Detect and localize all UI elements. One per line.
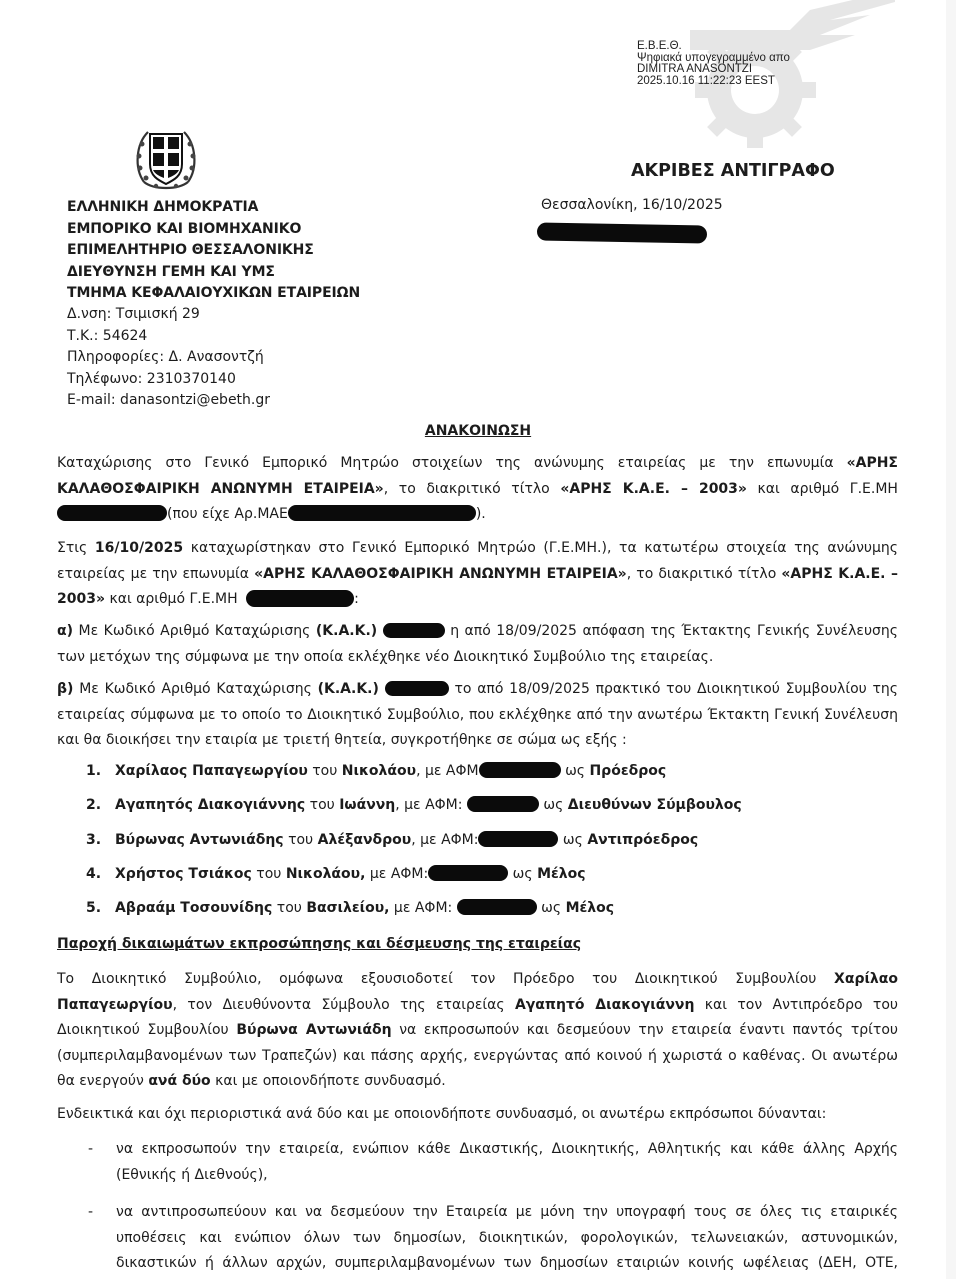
signature-signer: DIMITRA ANASONTZI <box>637 64 790 76</box>
contact-address: Δ.νση: Τσιμισκή 29 <box>67 304 270 326</box>
text: Διοικητικού Συμβουλίου <box>57 1022 229 1038</box>
afm-label: με ΑΦΜ: <box>389 900 452 916</box>
item-b-paragraph: β) Με Κωδικό Αριθμό Καταχώρισης (Κ.Α.Κ.)… <box>57 677 898 754</box>
issuer-line: ΔΙΕΥΘΥΝΣΗ ΓΕΜΗ ΚΑΙ ΥΜΣ <box>67 262 360 284</box>
redaction-mark <box>479 762 561 778</box>
certified-copy-title: ΑΚΡΙΒΕΣ ΑΝΤΙΓΡΑΦΟ <box>631 161 835 181</box>
person-name-bold: Βύρωνα Αντωνιάδη <box>236 1022 391 1038</box>
text: και αριθμό Γ.Ε.ΜΗ <box>758 481 898 497</box>
digital-signature-block: Ε.Β.Ε.Θ. Ψηφιακά υπογεγραμμένο απο DIMIT… <box>637 41 790 87</box>
item-label: α) <box>57 623 73 639</box>
text: να εκπροσωπούν και δεσμεύουν την εταιρεί… <box>399 1022 898 1038</box>
list-number: 3. <box>86 832 115 848</box>
contact-info: Δ.νση: Τσιμισκή 29 Τ.Κ.: 54624 Πληροφορί… <box>67 304 270 412</box>
text: (που είχε Αρ.ΜΑΕ <box>167 506 288 522</box>
emphasis-bold: ανά δύο <box>148 1073 210 1089</box>
member-role: Διευθύνων Σύμβουλος <box>568 797 742 813</box>
issuer-line: ΕΠΙΜΕΛΗΤΗΡΙΟ ΘΕΣΣΑΛΟΝΙΚΗΣ <box>67 240 360 262</box>
representation-paragraph: Το Διοικητικό Συμβούλιο, ομόφωνα εξουσιο… <box>57 967 898 1095</box>
greek-coat-of-arms-icon <box>134 124 198 194</box>
redaction-mark <box>246 590 354 607</box>
member-name: Βύρωνας Αντωνιάδης <box>115 832 284 848</box>
afm-label: με ΑΦΜ: <box>365 866 428 882</box>
member-role: Μέλος <box>537 866 586 882</box>
item-a-paragraph: α) Με Κωδικό Αριθμό Καταχώρισης (Κ.Α.Κ.)… <box>57 619 898 670</box>
member-name: Χαρίλαος Παπαγεωργίου <box>115 763 308 779</box>
distinctive-title-bold: «ΑΡΗΣ Κ.Α.Ε. – <box>781 566 898 582</box>
redaction-mark <box>288 505 476 521</box>
member-father: Βασιλείου, <box>306 900 389 916</box>
distinctive-title-bold: 2003» <box>57 591 105 607</box>
registration-paragraph: Στις 16/10/2025 καταχωρίστηκαν στο Γενικ… <box>57 536 898 613</box>
text: θα ενεργούν <box>57 1073 144 1089</box>
issuer-header: ΕΛΛΗΝΙΚΗ ΔΗΜΟΚΡΑΤΙΑ ΕΜΠΟΡΙΚΟ ΚΑΙ ΒΙΟΜΗΧΑ… <box>67 197 360 305</box>
contact-postcode: Τ.Κ.: 54624 <box>67 326 270 348</box>
dash-bullet: - <box>88 1137 93 1163</box>
text: Με Κωδικό Αριθμό Καταχώρισης <box>79 623 311 639</box>
list-number: 5. <box>86 900 115 916</box>
list-item: 2.Αγαπητός Διακογιάννης του Ιωάννη, με Α… <box>86 796 742 830</box>
redaction-mark <box>537 223 707 244</box>
kak-label-bold: (Κ.Α.Κ.) <box>318 681 379 697</box>
member-role: Αντιπρόεδρος <box>587 832 698 848</box>
powers-list: - να εκπροσωπούν την εταιρεία, ενώπιον κ… <box>88 1137 898 1277</box>
redaction-mark <box>57 505 167 521</box>
distinctive-title-bold: «ΑΡΗΣ Κ.Α.Ε. – 2003» <box>560 481 747 497</box>
text: Με Κωδικό Αριθμό Καταχώρισης <box>79 681 312 697</box>
text: του <box>277 900 302 916</box>
text: εταιρείας με την επωνυμία <box>57 566 249 582</box>
text: η από 18/09/2025 απόφαση της Έκτακτης Γε… <box>450 623 898 639</box>
contact-person: Πληροφορίες: Δ. Ανασοντζή <box>67 347 270 369</box>
member-name: Χρήστος Τσιάκος <box>115 866 252 882</box>
intro-paragraph: Καταχώρισης στο Γενικό Εμπορικό Μητρώο σ… <box>57 451 898 528</box>
text: καταχωρίστηκαν στο Γενικό Εμπορικό Μητρώ… <box>191 540 898 556</box>
text: του <box>256 866 281 882</box>
issuer-line: ΕΜΠΟΡΙΚΟ ΚΑΙ ΒΙΟΜΗΧΑΝΙΚΟ <box>67 219 360 241</box>
list-item: - να εκπροσωπούν την εταιρεία, ενώπιον κ… <box>88 1137 898 1188</box>
text: να εκπροσωπούν την εταιρεία, ενώπιον κάθ… <box>116 1137 898 1163</box>
document-page: Ε.Β.Ε.Θ. Ψηφιακά υπογεγραμμένο απο DIMIT… <box>0 0 946 1279</box>
text: των μετόχων της σύμφωνα με την οποία εκλ… <box>57 645 898 671</box>
text: Το Διοικητικό Συμβούλιο, ομόφωνα εξουσιο… <box>57 971 816 987</box>
text: του <box>310 797 335 813</box>
contact-email: E-mail: danasontzi@ebeth.gr <box>67 390 270 412</box>
redaction-mark <box>385 681 449 696</box>
item-label: β) <box>57 681 73 697</box>
company-name-bold: «ΑΡΗΣ <box>847 455 898 471</box>
list-number: 2. <box>86 797 115 813</box>
member-role: Πρόεδρος <box>589 763 666 779</box>
text: ως <box>541 900 561 916</box>
representation-section-title: Παροχή δικαιωμάτων εκπροσώπησης και δέσμ… <box>57 936 581 952</box>
afm-label: , με ΑΦΜ <box>416 763 479 779</box>
list-item: 5.Αβραάμ Τοσουνίδης του Βασιλείου, με ΑΦ… <box>86 899 742 933</box>
text: υποθέσεις και ενώπιον όλων των δημοσίων,… <box>116 1226 898 1252</box>
text: ως <box>543 797 563 813</box>
issuer-line: ΕΛΛΗΝΙΚΗ ΔΗΜΟΚΡΑΤΙΑ <box>67 197 360 219</box>
place-date: Θεσσαλονίκη, 16/10/2025 <box>541 197 723 213</box>
text: και αριθμό Γ.Ε.ΜΗ <box>109 591 237 607</box>
redaction-mark <box>383 623 445 638</box>
list-number: 4. <box>86 866 115 882</box>
signature-org: Ε.Β.Ε.Θ. <box>637 41 790 53</box>
kak-label-bold: (Κ.Α.Κ.) <box>316 623 377 639</box>
text: , το διακριτικό τίτλο <box>627 566 777 582</box>
member-father: Νικολάου, <box>286 866 366 882</box>
person-name-bold: Χαρίλαο <box>834 971 898 987</box>
afm-label: , με ΑΦΜ: <box>395 797 462 813</box>
text: και θα διοικήσει την εταιρία με τριετή θ… <box>57 728 898 754</box>
list-item: - να αντιπροσωπεύουν και να δεσμεύουν τη… <box>88 1200 898 1277</box>
member-father: Ιωάννη <box>339 797 395 813</box>
text: Καταχώρισης στο Γενικό Εμπορικό Μητρώο σ… <box>57 455 834 471</box>
person-name-bold: Αγαπητό Διακογιάννη <box>515 997 694 1013</box>
member-father: Νικολάου <box>342 763 416 779</box>
list-item: 4.Χρήστος Τσιάκος του Νικολάου, με ΑΦΜ: … <box>86 865 742 899</box>
redaction-mark <box>467 796 539 812</box>
list-item: 1.Χαρίλαος Παπαγεωργίου του Νικολάου, με… <box>86 762 742 796</box>
powers-intro: Ενδεικτικά και όχι περιοριστικά ανά δύο … <box>57 1102 898 1128</box>
text: ως <box>563 832 583 848</box>
text: εταιρείας σύμφωνα με το οποίο το Διοικητ… <box>57 703 898 729</box>
redaction-mark <box>478 831 558 847</box>
company-name-bold: «ΑΡΗΣ ΚΑΛΑΘΟΣΦΑΙΡΙΚΗ ΑΝΩΝΥΜΗ ΕΤΑΙΡΕΙΑ» <box>254 566 627 582</box>
text: (συμπεριλαμβανομένων των Τραπεζών) και π… <box>57 1044 898 1070</box>
list-item: 3.Βύρωνας Αντωνιάδης του Αλέξανδρου, με … <box>86 831 742 865</box>
redaction-mark <box>457 899 537 915</box>
text: ως <box>565 763 585 779</box>
text: και τον Αντιπρόεδρο του <box>705 997 898 1013</box>
contact-phone: Τηλέφωνο: 2310370140 <box>67 369 270 391</box>
text: (Εθνικής ή Διεθνούς), <box>116 1163 898 1189</box>
registration-date-bold: 16/10/2025 <box>95 540 183 556</box>
board-members-list: 1.Χαρίλαος Παπαγεωργίου του Νικολάου, με… <box>86 762 742 933</box>
text: το από 18/09/2025 πρακτικό του Διοικητικ… <box>454 681 898 697</box>
member-father: Αλέξανδρου <box>318 832 412 848</box>
text: και με οποιονδήποτε συνδυασμό. <box>215 1073 446 1089</box>
text: του <box>312 763 337 779</box>
page-edge <box>946 0 956 1279</box>
signature-timestamp: 2025.10.16 11:22:23 EEST <box>637 76 790 88</box>
text: , τον Διευθύνοντα Σύμβουλο της εταιρείας <box>173 997 505 1013</box>
announcement-title: ΑΝΑΚΟΙΝΩΣΗ <box>0 423 956 439</box>
text: να αντιπροσωπεύουν και να δεσμεύουν την … <box>116 1200 898 1226</box>
text: δικαστικών ή άλλων αρχών, συμπεριλαμβανο… <box>116 1251 898 1277</box>
redaction-mark <box>428 865 508 881</box>
list-number: 1. <box>86 763 115 779</box>
text: Στις <box>57 540 87 556</box>
text: : <box>354 591 359 607</box>
member-name: Αβραάμ Τοσουνίδης <box>115 900 272 916</box>
text: ως <box>513 866 533 882</box>
member-name: Αγαπητός Διακογιάννης <box>115 797 305 813</box>
text: του <box>288 832 313 848</box>
dash-bullet: - <box>88 1200 93 1226</box>
text: , το διακριτικό τίτλο <box>384 481 550 497</box>
member-role: Μέλος <box>566 900 615 916</box>
afm-label: , με ΑΦΜ: <box>411 832 478 848</box>
company-name-bold: ΚΑΛΑΘΟΣΦΑΙΡΙΚΗ ΑΝΩΝΥΜΗ ΕΤΑΙΡΕΙΑ» <box>57 481 384 497</box>
person-name-bold: Παπαγεωργίου <box>57 997 173 1013</box>
issuer-line: ΤΜΗΜΑ ΚΕΦΑΛΑΙΟΥΧΙΚΩΝ ΕΤΑΙΡΕΙΩΝ <box>67 283 360 305</box>
text: Ενδεικτικά και όχι περιοριστικά ανά δύο … <box>57 1102 898 1128</box>
text: ). <box>476 506 486 522</box>
